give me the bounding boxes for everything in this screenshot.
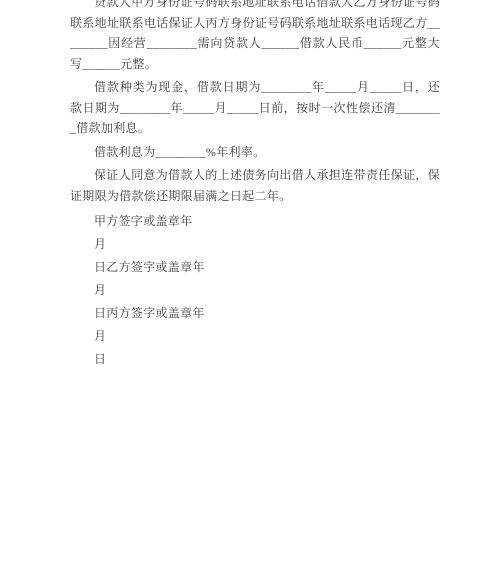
contract-paragraph-parties: 贷款人甲方身份证号码联系地址联系电话借款人乙方身份证号码联系地址联系电话保证人丙… (70, 0, 440, 74)
signature-line-day: 日 (70, 348, 440, 371)
signature-line-month-1: 月 (70, 233, 440, 256)
signature-line-party-c: 日丙方签字或盖章年 (70, 302, 440, 325)
document-content: 贷款人甲方身份证号码联系地址联系电话借款人乙方身份证号码联系地址联系电话保证人丙… (70, 0, 440, 371)
document-page: 贷款人甲方身份证号码联系地址联系电话借款人乙方身份证号码联系地址联系电话保证人丙… (0, 0, 500, 565)
signature-line-month-3: 月 (70, 325, 440, 348)
contract-paragraph-guarantee: 保证人同意为借款人的上述债务向出借人承担连带责任保证，保证期限为借款偿还期限届满… (70, 165, 440, 206)
signature-line-party-a: 甲方签字或盖章年 (70, 210, 440, 233)
signature-line-month-2: 月 (70, 279, 440, 302)
signature-block: 甲方签字或盖章年 月 日乙方签字或盖章年 月 日丙方签字或盖章年 月 日 (70, 210, 440, 371)
signature-line-party-b: 日乙方签字或盖章年 (70, 256, 440, 279)
contract-paragraph-loan-terms: 借款种类为现金，借款日期为________年_____月_____日，还款日期为… (70, 77, 440, 139)
contract-paragraph-interest: 借款利息为________%年利率。 (70, 142, 440, 163)
